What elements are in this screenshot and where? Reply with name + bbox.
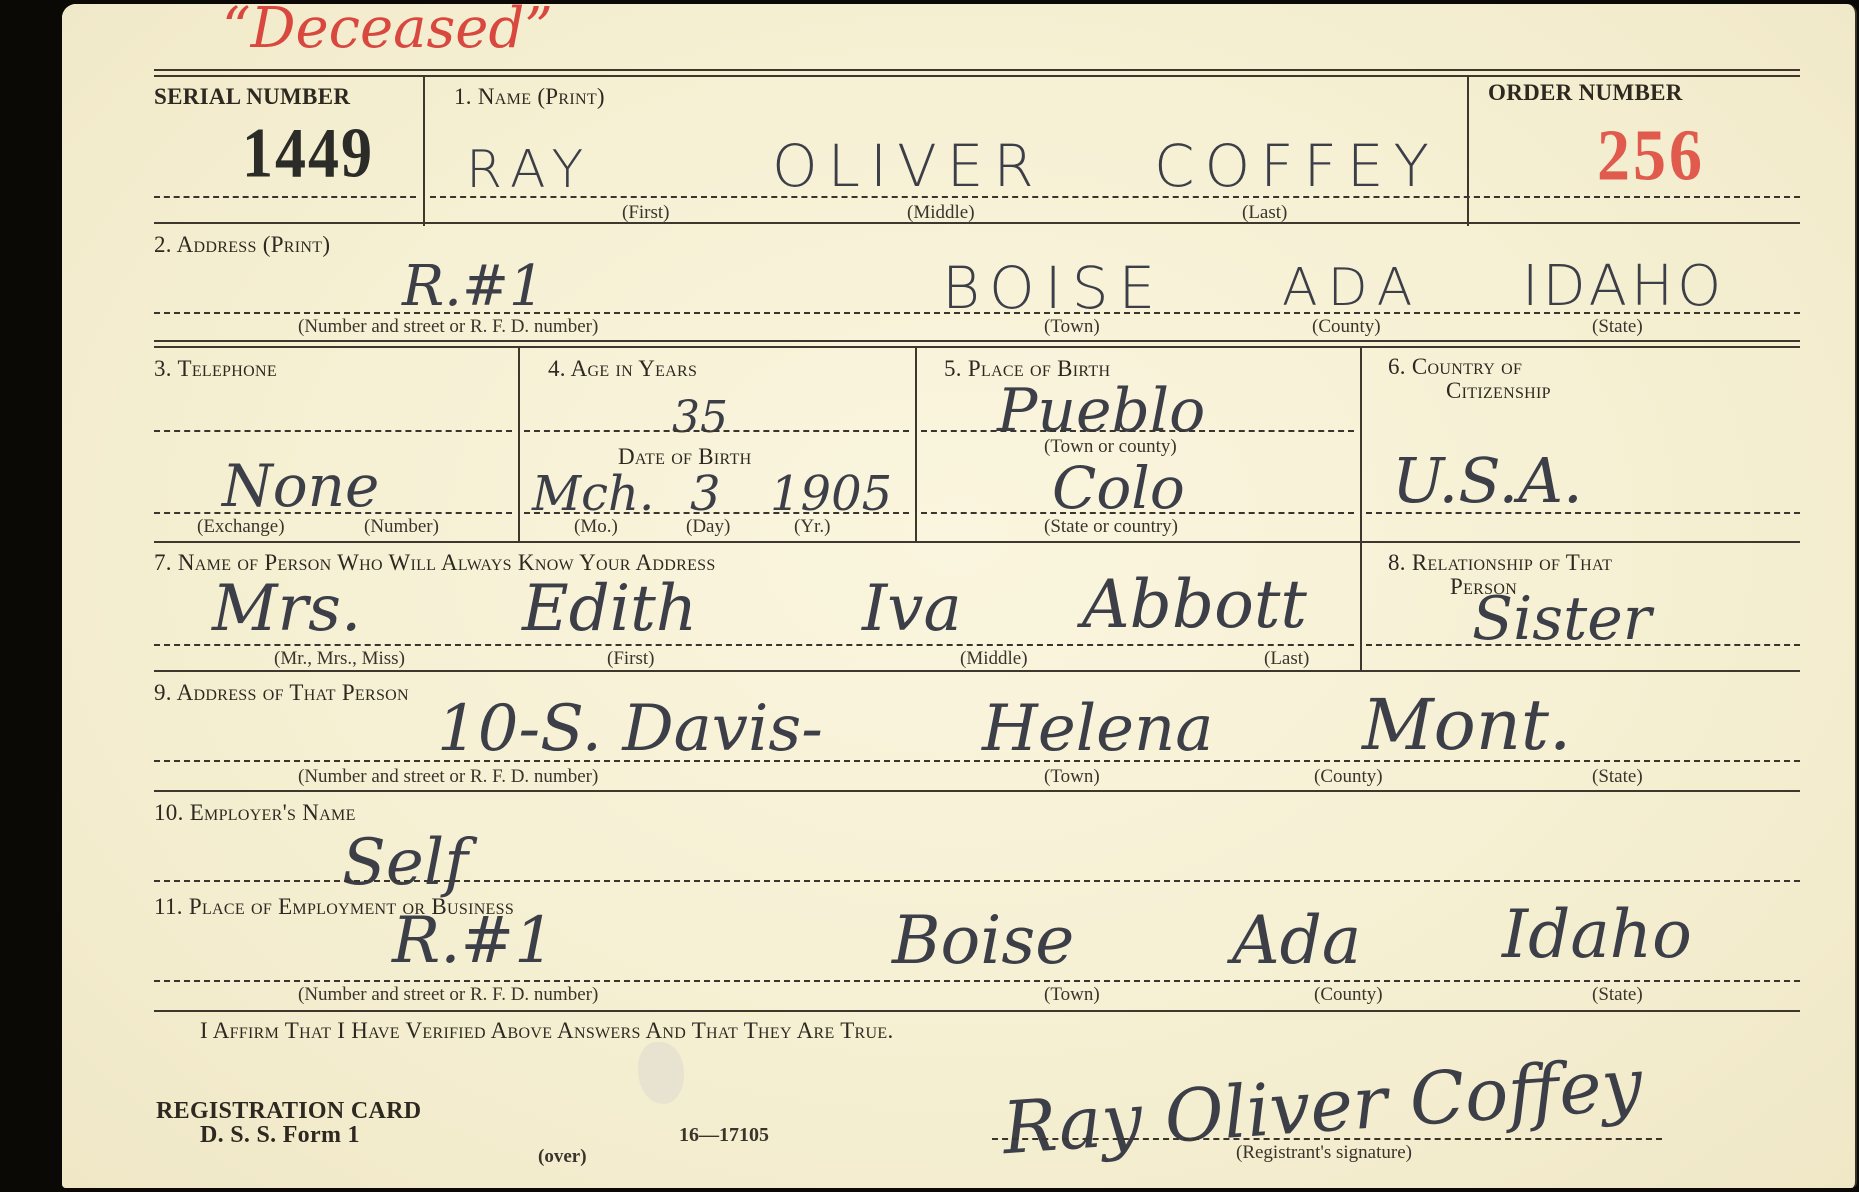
dob-mo-caption: (Mo.) (574, 516, 618, 538)
contact-address-street-value: 10-S. Davis- (437, 692, 823, 766)
dob-dash (524, 512, 909, 514)
address-county-value: ADA (1282, 258, 1422, 318)
relationship-divider (1360, 543, 1362, 670)
address-town-caption: (Town) (1044, 316, 1100, 338)
employment-place-street-caption: (Number and street or R. F. D. number) (298, 984, 598, 1006)
dob-day-caption: (Day) (686, 516, 730, 538)
contact-address-town-caption: (Town) (1044, 766, 1100, 788)
address-street-caption: (Number and street or R. F. D. number) (298, 316, 598, 338)
name-last-value: COFFEY (1154, 132, 1439, 200)
contact-middle-value: Iva (862, 572, 962, 646)
contact-last-value: Abbott (1082, 566, 1307, 643)
contact-title-caption: (Mr., Mrs., Miss) (274, 648, 405, 670)
contact-address-county-caption: (County) (1314, 766, 1383, 788)
address-street-value: R.#1 (402, 254, 545, 319)
signature-dash (992, 1138, 1662, 1140)
contact-address-town-value: Helena (982, 692, 1213, 766)
top-rule (154, 69, 1800, 71)
paper-smudge (638, 1042, 684, 1104)
relationship-label-1: 8. Relationship of That (1388, 550, 1612, 576)
citizenship-value: U.S.A. (1392, 444, 1583, 517)
row5-bottom-rule (154, 790, 1800, 792)
citizenship-dash (1366, 512, 1800, 514)
contact-first-caption: (First) (607, 648, 655, 670)
signature-caption: (Registrant's signature) (1236, 1142, 1412, 1164)
over-note: (over) (538, 1146, 587, 1168)
registration-card-title: REGISTRATION CARD (156, 1098, 421, 1125)
top-rule-2 (154, 75, 1800, 77)
telephone-divider (518, 348, 520, 543)
contact-middle-caption: (Middle) (960, 648, 1028, 670)
order-dash (1474, 196, 1800, 198)
age-value: 35 (672, 392, 728, 443)
telephone-dash (154, 512, 512, 514)
address-county-caption: (County) (1312, 316, 1381, 338)
employer-label: 10. Employer's Name (154, 800, 356, 826)
contact-address-state-caption: (State) (1592, 766, 1643, 788)
birthplace-town-dash (921, 430, 1354, 432)
telephone-label: 3. Telephone (154, 356, 277, 382)
employment-place-county-value: Ada (1232, 902, 1361, 979)
contact-address-label: 9. Address of That Person (154, 680, 409, 706)
name-label: 1. Name (Print) (454, 84, 605, 110)
row7-bottom-rule (154, 1010, 1800, 1012)
employment-place-town-value: Boise (892, 902, 1074, 979)
contact-address-dash (154, 760, 1800, 762)
employment-place-state-value: Idaho (1502, 896, 1692, 973)
contact-title-value: Mrs. (212, 572, 361, 646)
employment-place-county-caption: (County) (1314, 984, 1383, 1006)
employment-place-state-caption: (State) (1592, 984, 1643, 1006)
row2-bottom-rule-2 (154, 346, 1800, 348)
birthplace-state-caption: (State or country) (1044, 516, 1178, 538)
serial-number-value: 1449 (242, 113, 374, 195)
telephone-value: None (222, 452, 379, 520)
row4-bottom-rule (154, 670, 1800, 672)
name-first-caption: (First) (622, 202, 670, 224)
dob-yr-caption: (Yr.) (794, 516, 830, 538)
order-divider (1467, 75, 1469, 226)
name-first-value: RAY (466, 140, 593, 200)
row1-bottom-rule (154, 222, 1800, 224)
birthplace-state-dash (921, 512, 1354, 514)
employer-dash (154, 880, 1800, 882)
contact-address-street-caption: (Number and street or R. F. D. number) (298, 766, 598, 788)
address-state-caption: (State) (1592, 316, 1643, 338)
order-number-value: 256 (1597, 114, 1705, 198)
order-number-label: ORDER NUMBER (1488, 80, 1683, 106)
address-label: 2. Address (Print) (154, 232, 330, 258)
age-divider (915, 348, 917, 543)
name-dash (430, 196, 1520, 198)
serial-number-label: SERIAL NUMBER (154, 84, 350, 110)
birthplace-divider (1360, 348, 1362, 543)
name-middle-value: OLIVER (772, 132, 1044, 200)
name-middle-caption: (Middle) (907, 202, 975, 224)
deceased-annotation: “Deceased” (222, 0, 553, 61)
row2-bottom-rule (154, 340, 1800, 342)
age-dash (524, 430, 909, 432)
citizenship-label-2: Citizenship (1446, 378, 1551, 404)
address-state-value: IDAHO (1522, 254, 1725, 319)
relationship-dash (1366, 644, 1800, 646)
serial-dash (154, 196, 416, 198)
employment-place-dash (154, 980, 1800, 982)
contact-address-state-value: Mont. (1362, 684, 1571, 766)
registration-card: “Deceased” SERIAL NUMBER 1449 1. Name (P… (62, 4, 1857, 1188)
employer-value: Self (342, 826, 468, 900)
telephone-number-caption: (Number) (364, 516, 439, 538)
telephone-upper-dash (154, 430, 512, 432)
form-code: 16—17105 (679, 1124, 769, 1147)
contact-dash (154, 644, 1354, 646)
contact-last-caption: (Last) (1264, 648, 1309, 670)
contact-first-value: Edith (522, 572, 697, 646)
name-last-caption: (Last) (1242, 202, 1287, 224)
row3-bottom-rule (154, 541, 1800, 543)
employment-place-street-value: R.#1 (392, 904, 555, 978)
citizenship-label-1: 6. Country of (1388, 354, 1522, 380)
form-number: D. S. S. Form 1 (200, 1122, 360, 1149)
affirmation-text: I Affirm That I Have Verified Above Answ… (200, 1018, 894, 1044)
age-label: 4. Age in Years (548, 356, 697, 382)
telephone-exchange-caption: (Exchange) (197, 516, 285, 538)
address-dash (154, 312, 1800, 314)
serial-divider (423, 75, 425, 226)
employment-place-town-caption: (Town) (1044, 984, 1100, 1006)
